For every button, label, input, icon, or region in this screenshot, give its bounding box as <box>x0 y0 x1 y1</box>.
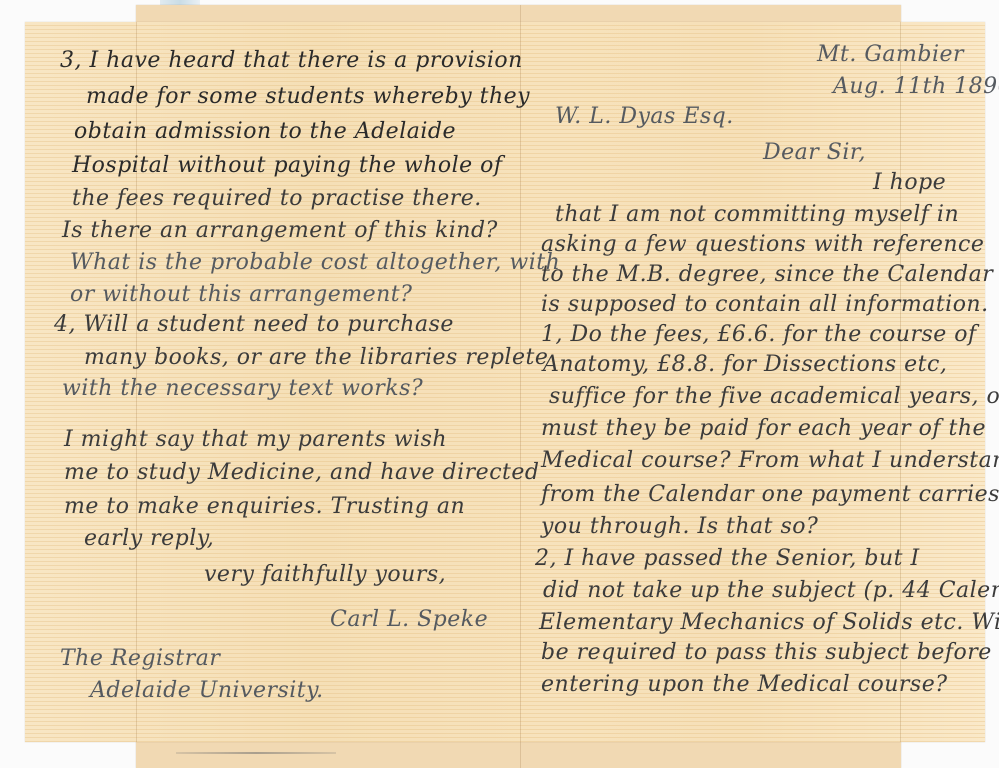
letter-line: 2, I have passed the Senior, but I <box>535 546 920 571</box>
letter-line: Is there an arrangement of this kind? <box>62 218 498 243</box>
letter-line: Elementary Mechanics of Solids etc. Will… <box>539 610 999 635</box>
letter-line: Hospital without paying the whole of <box>72 153 503 178</box>
letter-line: early reply, <box>84 526 214 551</box>
recipient: W. L. Dyas Esq. <box>555 104 734 129</box>
letter-line: the fees required to practise there. <box>72 186 482 211</box>
letter-line: What is the probable cost altogether, wi… <box>70 250 560 275</box>
scanned-letter: 3, I have heard that there is a provisio… <box>0 0 999 768</box>
letter-line: be required to pass this subject before <box>541 640 992 665</box>
place: Mt. Gambier <box>817 42 964 67</box>
letter-line: did not take up the subject (p. 44 Calen… <box>543 578 999 603</box>
closing: very faithfully yours, <box>204 562 446 587</box>
letter-line: 1, Do the fees, £6.6. for the course of <box>541 322 977 347</box>
letter-line: I might say that my parents wish <box>64 427 447 452</box>
letter-line: entering upon the Medical course? <box>541 672 948 697</box>
letter-line: is supposed to contain all information. <box>541 292 989 317</box>
letter-line: that I am not committing myself in <box>555 202 959 227</box>
letter-line: suffice for the five academical years, o… <box>549 384 999 409</box>
pencil-mark <box>176 752 336 754</box>
letter-line: me to study Medicine, and have directed <box>64 460 539 485</box>
letter-line: many books, or are the libraries replete <box>84 345 548 370</box>
letter-line: asking a few questions with reference <box>541 232 984 257</box>
letter-line: 3, I have heard that there is a provisio… <box>60 48 523 73</box>
letter-line: 4, Will a student need to purchase <box>54 312 454 337</box>
letter-line: you through. Is that so? <box>541 514 818 539</box>
signature: Carl L. Speke <box>330 607 488 632</box>
addressee-title: The Registrar <box>60 646 220 671</box>
opening-words: I hope <box>873 170 946 195</box>
letter-line: from the Calendar one payment carries <box>541 482 999 507</box>
letter-line: with the necessary text works? <box>62 376 423 401</box>
letter-line: to the M.B. degree, since the Calendar <box>541 262 993 287</box>
front-sheet: 3, I have heard that there is a provisio… <box>25 22 985 742</box>
addressee-institution: Adelaide University. <box>90 678 324 703</box>
salutation: Dear Sir, <box>763 140 866 165</box>
fold-line-center <box>520 22 521 742</box>
letter-line: Anatomy, £8.8. for Dissections etc, <box>543 352 947 377</box>
letter-line: Medical course? From what I understand <box>541 448 999 473</box>
letter-line: obtain admission to the Adelaide <box>74 119 456 144</box>
letter-line: me to make enquiries. Trusting an <box>64 494 465 519</box>
letter-line: made for some students whereby they <box>86 84 530 109</box>
date: Aug. 11th 1890. <box>833 74 999 99</box>
letter-line: or without this arrangement? <box>70 282 412 307</box>
letter-line: must they be paid for each year of the <box>541 416 986 441</box>
